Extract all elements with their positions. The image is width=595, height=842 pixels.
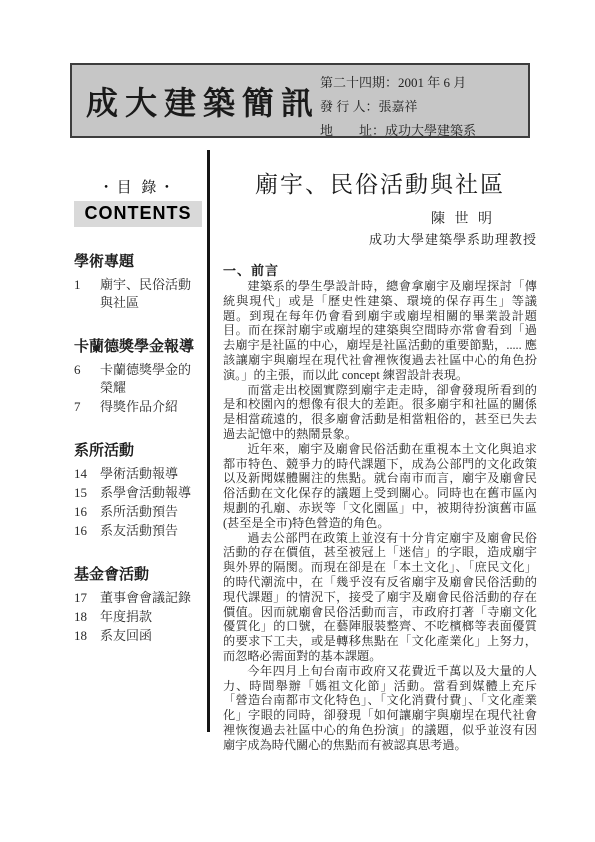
toc-item-label: 學術活動報導: [100, 465, 202, 483]
toc-section-department: 系所活動 14 學術活動報導 15 系學會活動報導 16 系所活動預告 16 系…: [74, 439, 202, 540]
toc-item: 7 得獎作品介紹: [74, 398, 202, 416]
column-divider-rule: [207, 150, 210, 732]
toc-section-heading: 基金會活動: [74, 563, 202, 584]
toc-item-page: 6: [74, 361, 100, 397]
toc-item: 16 系所活動預告: [74, 503, 202, 521]
article-paragraph: 過去公部門在政策上並沒有十分肯定廟宇及廟會民俗活動的存在價值，甚至被冠上「迷信」…: [223, 531, 537, 664]
toc-item-page: 16: [74, 522, 100, 540]
toc-item-label: 卡蘭德獎學金的榮耀: [100, 361, 202, 397]
toc-item-label: 系學會活動報導: [100, 484, 202, 502]
article-paragraph: 近年來，廟宇及廟會民俗活動在重視本土文化與追求都市特色、競爭力的時代課題下，成為…: [223, 442, 537, 531]
toc-item-label: 年度捐款: [100, 608, 202, 626]
address-line: 地 址：成功大學建築系: [320, 119, 528, 143]
toc-section-heading: 學術專題: [74, 250, 202, 271]
toc-item: 18 系友回函: [74, 627, 202, 645]
toc-item-label: 董事會會議記錄: [100, 589, 202, 607]
toc-section-heading: 系所活動: [74, 439, 202, 460]
toc-item-label: 系友活動預告: [100, 522, 202, 540]
toc-item-page: 18: [74, 627, 100, 645]
toc-item: 15 系學會活動報導: [74, 484, 202, 502]
toc-item-page: 1: [74, 276, 100, 312]
contents-label: CONTENTS: [74, 201, 202, 227]
toc-item-label: 得獎作品介紹: [100, 398, 202, 416]
article-paragraph: 建築系的學生學設計時，總會拿廟宇及廟埕探討「傳統與現代」或是「歷史性建築、環境的…: [223, 279, 537, 383]
publisher-line: 發 行 人：張嘉祥: [320, 95, 528, 119]
issue-line: 第二十四期：2001 年 6 月: [320, 71, 528, 95]
toc-item-label: 系所活動預告: [100, 503, 202, 521]
masthead: 成大建築簡訊 第二十四期：2001 年 6 月 發 行 人：張嘉祥 地 址：成功…: [70, 63, 530, 138]
toc-item-label: 系友回函: [100, 627, 202, 645]
toc-item-page: 14: [74, 465, 100, 483]
newsletter-title: 成大建築簡訊: [72, 65, 320, 136]
toc-item: 1 廟宇、民俗活動與社區: [74, 276, 202, 312]
toc-item: 16 系友活動預告: [74, 522, 202, 540]
article-author: 陳 世 明: [223, 208, 537, 228]
article-body: 建築系的學生學設計時，總會拿廟宇及廟埕探討「傳統與現代」或是「歷史性建築、環境的…: [223, 279, 537, 753]
toc-item: 14 學術活動報導: [74, 465, 202, 483]
toc-item-page: 7: [74, 398, 100, 416]
toc-title: ・目 錄・: [74, 176, 202, 197]
toc-section-scholarship: 卡蘭德獎學金報導 6 卡蘭德獎學金的榮耀 7 得獎作品介紹: [74, 335, 202, 416]
newsletter-page: 成大建築簡訊 第二十四期：2001 年 6 月 發 行 人：張嘉祥 地 址：成功…: [0, 0, 595, 842]
masthead-info: 第二十四期：2001 年 6 月 發 行 人：張嘉祥 地 址：成功大學建築系: [320, 65, 528, 136]
toc-item: 17 董事會會議記錄: [74, 589, 202, 607]
toc-item-page: 16: [74, 503, 100, 521]
article-paragraph: 今年四月上旬台南市政府又花費近千萬以及大量的人力、時間舉辦「媽祖文化節」活動。當…: [223, 664, 537, 753]
article-author-title: 成功大學建築學系助理教授: [223, 229, 537, 248]
toc-item: 18 年度捐款: [74, 608, 202, 626]
toc-section-heading: 卡蘭德獎學金報導: [74, 335, 202, 356]
toc-item-page: 18: [74, 608, 100, 626]
toc-section-academic: 學術專題 1 廟宇、民俗活動與社區: [74, 250, 202, 312]
article-section-heading: 一、前言: [223, 260, 537, 279]
article: 廟宇、民俗活動與社區 陳 世 明 成功大學建築學系助理教授 一、前言 建築系的學…: [223, 166, 537, 753]
toc-item: 6 卡蘭德獎學金的榮耀: [74, 361, 202, 397]
article-paragraph: 而當走出校園實際到廟宇走走時，卻會發現所看到的是和校園內的想像有很大的差距。很多…: [223, 383, 537, 442]
toc-item-label: 廟宇、民俗活動與社區: [100, 276, 202, 312]
toc-section-foundation: 基金會活動 17 董事會會議記錄 18 年度捐款 18 系友回函: [74, 563, 202, 645]
table-of-contents: ・目 錄・ CONTENTS 學術專題 1 廟宇、民俗活動與社區 卡蘭德獎學金報…: [74, 176, 202, 646]
toc-item-page: 17: [74, 589, 100, 607]
article-title: 廟宇、民俗活動與社區: [223, 166, 537, 199]
toc-item-page: 15: [74, 484, 100, 502]
